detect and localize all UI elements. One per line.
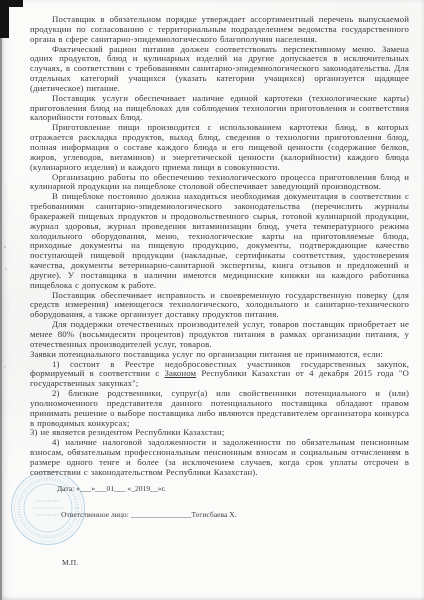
paragraph-equipment-verification: Поставщик обеспечивает исправность и сво… bbox=[30, 291, 409, 321]
scan-left-edge bbox=[0, 0, 2, 600]
document-body: Поставщик в обязательном порядке утвержд… bbox=[30, 15, 409, 567]
responsible-person-line: Ответственное лицо: ________________Теги… bbox=[61, 510, 409, 519]
paragraph-production-manager: Организацию работы по обеспечению технол… bbox=[30, 173, 409, 193]
signature-blank: ________________ bbox=[131, 510, 192, 519]
clause-1-registry: 1) состоит в Реестре недобросовестных уч… bbox=[30, 360, 409, 390]
scanned-document-page: Поставщик в обязательном порядке утвержд… bbox=[0, 0, 424, 600]
clause-2-relatives: 2) близкие родственники, супруг(а) или с… bbox=[30, 389, 409, 428]
signature-block: Дата: «___»___01___ «_2019__»г. Ответств… bbox=[30, 484, 409, 567]
scan-corner-mark-vertical bbox=[0, 0, 9, 38]
paragraph-documentation: В пищеблоке постоянно должна находиться … bbox=[30, 192, 409, 290]
paragraph-assortment-approval: Поставщик в обязательном порядке утвержд… bbox=[30, 15, 409, 45]
paragraph-ration-menu: Фактический рацион питания должен соотве… bbox=[30, 45, 409, 94]
paragraph-food-preparation: Приготовление пищи производится с исполь… bbox=[30, 123, 409, 172]
clause-4-tax-debt: 4) наличие налоговой задолженности и зад… bbox=[30, 438, 409, 477]
date-line: Дата: «___»___01___ «_2019__»г. bbox=[57, 484, 409, 493]
paragraph-domestic-producers: Для поддержки отечественных производител… bbox=[30, 320, 409, 350]
responsible-name: Тегисбаева Х. bbox=[192, 510, 237, 519]
scan-noise-speck bbox=[4, 246, 6, 248]
law-link: Законом bbox=[164, 368, 196, 378]
seal-place-label: М.П. bbox=[62, 558, 409, 567]
responsible-label: Ответственное лицо: bbox=[61, 510, 129, 519]
paragraph-card-index: Поставщик услуги обеспечивает наличие ед… bbox=[30, 94, 409, 124]
